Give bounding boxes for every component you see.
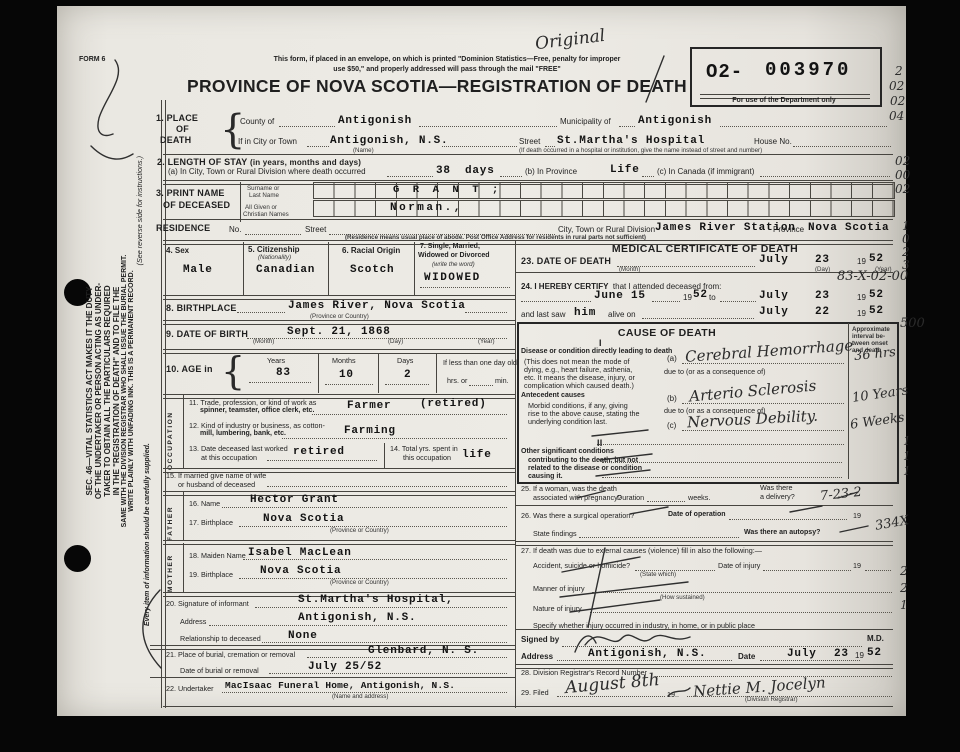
printed-19: 19 [855, 651, 864, 660]
dotted-line [729, 518, 847, 520]
residence-no-label: No. [229, 225, 241, 234]
street-note: (If death occurred in a hospital or inst… [519, 147, 762, 154]
s20-label: 20. Signature of informant [166, 599, 249, 608]
dotted-line [500, 175, 522, 177]
other-conditions-label: Other significant conditions [521, 448, 614, 455]
pen-slash-long [588, 548, 605, 627]
margin-mark: 00 [895, 168, 910, 182]
s17-label: 17. Birthplace [189, 518, 233, 527]
residence-city-label: City, Town or Rural Division [558, 225, 655, 234]
operation-date-label: Date of operation [668, 511, 726, 518]
accident-label: Accident, suicide or homicide? [533, 561, 630, 570]
s20-relationship-label: Relationship to deceased [180, 634, 261, 643]
s2a-label: (a) In City, Town or Rural Division wher… [168, 167, 366, 176]
antecedent-label: Antecedent causes [521, 392, 585, 399]
attended-to-year: 52 [869, 289, 884, 301]
total-years-value: life [462, 449, 492, 461]
handwritten-original: Original [534, 26, 606, 54]
last-saw-month: July [759, 306, 789, 318]
s11-label: spinner, teamster, office clerk, etc. [200, 407, 314, 414]
dotted-line [237, 311, 285, 313]
lead-cause-label: Disease or condition directly leading to… [521, 348, 672, 355]
form-number: FORM 6 [79, 56, 105, 63]
dotted-line [243, 558, 507, 560]
dotted-line [262, 641, 507, 643]
duration-label: Duration [617, 493, 644, 502]
printed-19: 19 [857, 257, 866, 266]
s6-label: 6. Racial Origin [342, 246, 400, 255]
s5-sub: (Nationality) [258, 254, 291, 261]
s27-label: 27. If death was due to external causes … [521, 546, 762, 555]
dotted-line [720, 300, 756, 302]
dotted-line [865, 569, 891, 571]
s11-label: 11. Trade, profession, or kind of work a… [189, 398, 316, 407]
roman-one: I [599, 338, 602, 348]
signature-scrawl [585, 635, 690, 645]
name-note: (Name) [353, 147, 374, 154]
attended-from-value: June 15 [594, 290, 646, 302]
margin-mark: 02 [895, 154, 910, 168]
margin-mark: 2 [900, 564, 908, 578]
s2-header-bold: 2. LENGTH OF STAY [157, 157, 247, 167]
father-side-label: FATHER [167, 495, 174, 541]
given-label: Christian Names [243, 211, 289, 218]
house-no-label: House No. [754, 137, 792, 146]
rule [163, 154, 893, 155]
margin-mark: 2 [902, 245, 910, 259]
pen-dash [630, 507, 668, 514]
dotted-line [419, 125, 557, 127]
dotted-line [312, 413, 507, 415]
age-days-value: 2 [404, 369, 411, 381]
printed-19: 19 [857, 293, 866, 302]
sidebar-line: SAME WITH THE DIVISION REGISTRAR WHO SHA… [121, 156, 128, 626]
dotted-line [209, 624, 507, 626]
county-label: County of [240, 117, 274, 126]
s2b-label: (b) In Province [525, 167, 577, 176]
sex-value: Male [183, 264, 213, 276]
signed-date-year: 52 [867, 647, 882, 659]
pen-flourish-topleft [98, 60, 119, 135]
brace: { [220, 107, 245, 153]
margin-mark: 334X [874, 513, 910, 534]
delivery-label: Was there [760, 483, 793, 492]
him-value: him [574, 307, 596, 319]
s29-label: 29. Filed [521, 688, 549, 697]
citizenship-value: Canadian [256, 264, 315, 276]
to-label: to [709, 293, 716, 302]
sidebar-every-item: Every item of information should be care… [144, 156, 151, 626]
division-registrar-note: (Division Registrar) [745, 696, 798, 703]
margin-mark: 1 [903, 449, 911, 463]
rule [414, 242, 415, 295]
a-label: (a) [667, 354, 677, 363]
rule-double [163, 349, 515, 354]
s14-label: this occupation [403, 453, 451, 462]
margin-mark: 0 [902, 232, 910, 246]
father-birthplace-value: Nova Scotia [263, 513, 344, 525]
dotted-line [247, 337, 507, 339]
printed-19: 19 [683, 293, 692, 302]
column-divider [515, 240, 516, 708]
dotted-line [682, 429, 844, 431]
dotted-line [307, 145, 329, 147]
s10-label: 10. AGE in [166, 364, 213, 374]
dotted-line [307, 656, 507, 658]
rule-double [163, 540, 515, 545]
last-saw-year: 52 [869, 305, 884, 317]
surname-label: Surname or [247, 185, 279, 192]
city-label: If in City or Town [238, 137, 297, 146]
dotted-line [465, 311, 507, 313]
mother-side-label: MOTHER [167, 546, 174, 592]
age-years-label: Years [267, 356, 285, 365]
dotted-line [557, 695, 665, 697]
s3-header: OF DECEASED [163, 200, 230, 210]
dotted-line [442, 145, 517, 147]
paper-sheet: FORM 6 SEC. 46—VITAL STATISTICS ACT MAKE… [57, 6, 906, 716]
dotted-line [760, 175, 890, 177]
rule [183, 395, 184, 468]
printed-19: 19 [857, 309, 866, 318]
dotted-line [682, 362, 844, 364]
rule [183, 492, 184, 541]
mother-birthplace-value: Nova Scotia [260, 565, 341, 577]
cause-title: CAUSE OF DEATH [547, 327, 787, 339]
rule [378, 353, 379, 393]
margin-mark: 1 [903, 464, 911, 478]
marital-status-value: WIDOWED [424, 272, 481, 284]
pen-dash [790, 506, 822, 512]
s2-header: 2. LENGTH OF STAY (in years, months and … [157, 157, 361, 167]
brace: { [221, 349, 245, 393]
dotted-line [682, 402, 844, 404]
s12-label: 12. Kind of industry or business, as cot… [189, 421, 325, 430]
margin-mark: 1 [900, 598, 908, 612]
serial-number: 003970 [765, 59, 851, 81]
margin-mark: 2 [900, 581, 908, 595]
dotted-line [387, 175, 433, 177]
trade-value: Farmer [347, 400, 391, 412]
s13-label: at this occupation [201, 453, 257, 462]
s1-header: 1. PLACE [156, 113, 198, 123]
medical-certificate-title: MEDICAL CERTIFICATE OF DEATH [555, 243, 855, 255]
delivery-label: a delivery? [760, 492, 795, 501]
delivery-hand-value: 7-23-2 [819, 485, 862, 504]
dotted-line [619, 125, 635, 127]
roman-two: II [597, 438, 602, 448]
serial-prefix: O2- [706, 61, 743, 83]
sidebar-line: SEC. 46—VITAL STATISTICS ACT MAKES IT TH… [85, 156, 94, 626]
dotted-line [325, 383, 373, 385]
dotted-line [602, 476, 842, 478]
age-min-label: min. [495, 376, 509, 385]
dotted-line [642, 175, 654, 177]
s1-header: OF [176, 124, 189, 134]
prov-country-note: (Province or Country) [310, 313, 369, 320]
street-label: Street [519, 137, 540, 146]
printed-19-dots: 19.. [667, 690, 679, 699]
dotted-line [602, 461, 842, 463]
industry-value: Farming [344, 425, 396, 437]
attended-from-year: 52 [693, 289, 708, 301]
mail-notice-line1: This form, if placed in an envelope, on … [222, 56, 672, 63]
sidebar-line: IN THE "REGISTRATION OF DEATH" AND TO FI… [112, 156, 121, 626]
rule [328, 242, 329, 295]
s3-header: 3. PRINT NAME [156, 188, 225, 198]
county-value: Antigonish [338, 115, 412, 127]
residence-prov-label: Province [773, 225, 804, 234]
rule [240, 182, 241, 222]
s26-label: 26. Was there a surgical operation? [521, 511, 634, 520]
s23-label: 23. DATE OF DEATH [521, 256, 611, 266]
death-month-value: July [759, 254, 789, 266]
other-conditions-note: causing it. [528, 473, 563, 480]
antecedent-note: underlying condition last. [528, 417, 607, 426]
attended-to-day: 23 [815, 290, 830, 302]
surname-value: GRANT; [393, 184, 512, 196]
autopsy-label: Was there an autopsy? [744, 529, 820, 536]
undertaker-note: (Name and address) [332, 693, 388, 700]
stay-days-word: days [465, 165, 495, 177]
given-label: All Given or [245, 204, 277, 211]
s12-label: mill, lumbering, bank, etc. [200, 430, 286, 437]
sidebar-line: WRITE PLAINLY WITH UNFADING INK. THIS IS… [128, 156, 135, 626]
day-note: (Day) [388, 338, 403, 345]
s2-header-note: (in years, months and days) [250, 158, 361, 167]
age-months-value: 10 [339, 369, 354, 381]
death-day-value: 23 [815, 254, 830, 266]
occupation-side-label: OCCUPATION [167, 398, 174, 470]
md-label: M.D. [867, 634, 884, 643]
last-saw-day: 22 [815, 306, 830, 318]
dept-caption: For use of the Department only [690, 97, 878, 104]
rule [150, 677, 515, 678]
c-label: (c) [667, 421, 676, 430]
residence-prov-value: Nova Scotia [808, 222, 889, 234]
age-months-label: Months [332, 356, 356, 365]
rule [515, 505, 893, 506]
municipality-label: Municipality of [560, 117, 611, 126]
signed-date-day: 23 [834, 648, 849, 660]
dotted-line [282, 437, 507, 439]
s15-label: 15. If married give name of wife [166, 471, 266, 480]
other-conditions-note: related to the disease or condition [528, 465, 642, 472]
rule [243, 242, 244, 295]
s13-label: 13. Date deceased last worked [189, 444, 288, 453]
s1-header: DEATH [160, 135, 191, 145]
dotted-line [590, 611, 892, 613]
manner-label: Manner of injury [533, 584, 585, 593]
sidebar-line: OF THE UNDERTAKER OR PERSON ACTING AS UN… [94, 156, 103, 626]
attended-to-month: July [759, 290, 789, 302]
undertaker-value: MacIsaac Funeral Home, Antigonish, N.S. [225, 680, 455, 691]
father-name-value: Hector Grant [250, 494, 339, 506]
margin-mark: 500 [900, 316, 925, 331]
stay-days-value: 38 [436, 165, 451, 177]
s5-label: 5. Citizenship [248, 245, 300, 254]
margin-mark: 2 [895, 64, 903, 78]
signed-date-month: July [787, 648, 817, 660]
sidebar-see-reverse: (See reverse side for instructions.) [135, 156, 144, 626]
s18-label: 18. Maiden Name [189, 551, 246, 560]
s2c-label: (c) In Canada (if immigrant) [657, 167, 754, 176]
given-value: Norman., [390, 202, 463, 214]
surname-label: Last Name [249, 192, 279, 199]
s4-label: 4. Sex [166, 246, 189, 255]
birthplace-value: James River, Nova Scotia [288, 300, 466, 312]
age-days-label: Days [397, 356, 413, 365]
rule [384, 443, 385, 468]
s16-label: 16. Name [189, 499, 220, 508]
residence-header: RESIDENCE [156, 223, 210, 233]
weeks-label: weeks. [688, 493, 710, 502]
date-injury-label: Date of injury [718, 561, 760, 570]
margin-mark: 02 [895, 182, 910, 196]
margin-mark: 1 [903, 434, 911, 448]
prov-country-note: (Province or Country) [330, 579, 389, 586]
form-bottom-rule [163, 706, 893, 707]
margin-mark: 04 [889, 109, 904, 123]
rule [183, 543, 184, 592]
rule [318, 353, 319, 393]
municipality-value: Antigonish [638, 115, 712, 127]
informant-address-value: Antigonish, N.S. [298, 612, 416, 624]
s9-label: 9. DATE OF BIRTH [166, 329, 248, 339]
signed-address-label: Address [521, 652, 553, 661]
dotted-line [557, 659, 732, 661]
dotted-line [592, 591, 892, 593]
interval-header: interval be- [852, 333, 885, 340]
lead-cause-note: complication which caused death.) [524, 381, 634, 390]
state-which-note: (State which) [640, 571, 676, 578]
sidebar-line: TAKER TO OBTAIN ALL THE PARTICULARS REQU… [103, 156, 112, 626]
dotted-line [267, 459, 377, 461]
rule [436, 353, 437, 393]
year-note: (Year) [478, 338, 495, 345]
age-years-value: 83 [276, 367, 291, 379]
dotted-line [267, 485, 507, 487]
b-label: (b) [667, 394, 677, 403]
dotted-line [647, 500, 685, 502]
rule-double [163, 491, 515, 496]
age-less-label: If less than one day old [443, 358, 517, 367]
death-year-value: 52 [869, 253, 884, 265]
dotted-line [562, 645, 862, 647]
s19-label: 19. Birthplace [189, 570, 233, 579]
s25-label: 25. If a woman, was the death [521, 484, 617, 493]
dotted-line [597, 443, 844, 445]
rule [163, 219, 893, 220]
rule [515, 629, 893, 630]
dotted-line [245, 233, 301, 235]
dotted-line [521, 300, 591, 302]
age-hrs-label: hrs. or [447, 376, 467, 385]
dotted-line [763, 569, 851, 571]
dotted-line [385, 383, 429, 385]
dotted-line [222, 506, 507, 508]
last-worked-value: retired [293, 446, 345, 458]
rule-double [163, 320, 515, 325]
scanned-death-registration: FORM 6 SEC. 46—VITAL STATISTICS ACT MAKE… [0, 0, 960, 752]
s15-label: or husband of deceased [178, 480, 255, 489]
margin-mark-file-code: 83-X-02-00 [837, 269, 908, 284]
printed-19: 19 [853, 561, 861, 570]
dotted-line [420, 286, 510, 288]
s7-label: Widowed or Divorced [418, 252, 490, 259]
nature-label: Nature of injury [533, 604, 582, 613]
interval-header: Approximate [852, 326, 890, 333]
signed-date-label: Date [738, 652, 755, 661]
street-value: St.Martha's Hospital [557, 135, 705, 147]
dotted-line [469, 384, 493, 386]
month-note: (Month) [253, 338, 274, 345]
dotted-line [249, 381, 311, 383]
dotted-line [720, 125, 887, 127]
s14-label: 14. Total yrs. spent in [390, 444, 458, 453]
margin-mark: 1 [902, 219, 910, 233]
page-title: PROVINCE OF NOVA SCOTIA—REGISTRATION OF … [167, 76, 707, 97]
dotted-line [642, 317, 754, 319]
s25-label: associated with pregnancy? [533, 493, 622, 502]
informant-value: St.Martha's Hospital, [298, 594, 453, 606]
pen-dash [840, 526, 868, 532]
dotted-line [255, 606, 507, 608]
s21-label: 21. Place of burial, cremation or remova… [166, 650, 295, 659]
signed-by-label: Signed by [521, 635, 559, 644]
province-stay-value: Life [610, 164, 640, 176]
s21-date-label: Date of burial or removal [180, 666, 259, 675]
dotted-line [635, 569, 715, 571]
city-value: Antigonish, N.S. [330, 135, 448, 147]
s22-label: 22. Undertaker [166, 684, 214, 693]
alive-on-label: alive on [608, 310, 636, 319]
s8-label: 8. BIRTHPLACE [166, 303, 237, 313]
dotted-line [579, 536, 739, 538]
mail-notice-line2: use $50," and properly addressed will pa… [222, 66, 672, 73]
margin-mark: 02 [890, 94, 905, 108]
residence-street-label: Street [305, 225, 326, 234]
s7-sub: (write the word) [432, 261, 475, 268]
racial-origin-value: Scotch [350, 264, 394, 276]
trade-retired-value: (retired) [420, 398, 487, 410]
dotted-line [279, 125, 335, 127]
prov-country-note: (Province or Country) [330, 527, 389, 534]
how-sustained-note: (How sustained) [660, 594, 705, 601]
last-saw-label: and last saw [521, 310, 565, 319]
dotted-line [269, 672, 507, 674]
s20-address-label: Address [180, 617, 206, 626]
margin-mark: 02 [889, 79, 904, 93]
printed-19: 19 [853, 511, 861, 520]
dotted-line [652, 300, 680, 302]
s7-label: 7. Single, Married, [420, 243, 480, 250]
due-to-label: due to (or as a consequence of) [664, 367, 766, 376]
dotted-line [793, 145, 891, 147]
state-findings-label: State findings [533, 529, 577, 538]
